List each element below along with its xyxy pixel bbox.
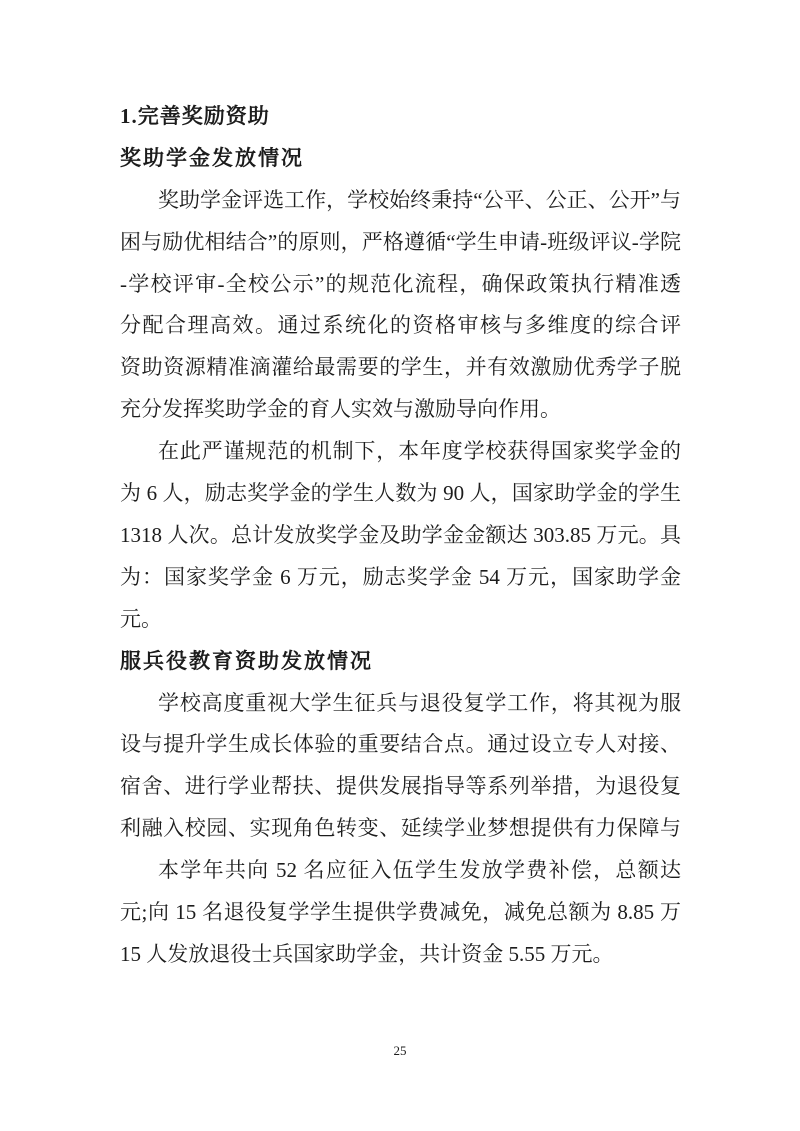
text-line: 15 人发放退役士兵国家助学金，共计资金 5.55 万元。 [120,934,681,976]
text-line: 1318 人次。总计发放奖学金及助学金金额达 303.85 万元。具体分配 [120,515,681,557]
text-line: -学校评审-全校公示”的规范化流程，确保政策执行精准透明，资源 [120,264,681,306]
text-line: 学校高度重视大学生征兵与退役复学工作，将其视为服务国防建 [120,683,681,725]
subsection-heading: 奖助学金发放情况 [120,138,681,180]
text-line: 在此严谨规范的机制下，本年度学校获得国家奖学金的学生人数 [120,431,681,473]
section-heading: 1.完善奖励资助 [120,96,681,138]
text-line: 元。 [120,599,681,641]
subsection-heading: 服兵役教育资助发放情况 [120,641,681,683]
text-line: 利融入校园、实现角色转变、延续学业梦想提供有力保障与温暖关怀。 [120,808,681,850]
paragraph: 在此严谨规范的机制下，本年度学校获得国家奖学金的学生人数为 6 人，励志奖学金的… [120,431,681,640]
page-number: 25 [0,1043,800,1059]
text-line: 分配合理高效。通过系统化的资格审核与多维度的综合评议，切实将 [120,305,681,347]
text-line: 宿舍、进行学业帮扶、提供发展指导等系列举措，为退役复学学生顺 [120,766,681,808]
text-line: 为 6 人，励志奖学金的学生人数为 90 人，国家助学金的学生人数为 [120,473,681,515]
text-line: 资助资源精准滴灌给最需要的学生，并有效激励优秀学子脱颖而出， [120,347,681,389]
document-page: 1.完善奖励资助奖助学金发放情况奖助学金评选工作，学校始终秉持“公平、公正、公开… [0,0,800,1131]
text-line: 本学年共向 52 名应征入伍学生发放学费补偿，总额达 91.15 万 [120,850,681,892]
paragraph: 本学年共向 52 名应征入伍学生发放学费补偿，总额达 91.15 万元;向 15… [120,850,681,976]
text-line: 充分发挥奖助学金的育人实效与激励导向作用。 [120,389,681,431]
text-line: 元;向 15 名退役复学学生提供学费减免，减免总额为 8.85 万元；向 [120,892,681,934]
document-body: 1.完善奖励资助奖助学金发放情况奖助学金评选工作，学校始终秉持“公平、公正、公开… [120,96,681,976]
text-line: 困与励优相结合”的原则，严格遵循“学生申请-班级评议-学院初审 [120,222,681,264]
text-line: 为：国家奖学金 6 万元，励志奖学金 54 万元，国家助学金 243.83 万 [120,557,681,599]
paragraph: 奖助学金评选工作，学校始终秉持“公平、公正、公开”与“扶困与励优相结合”的原则，… [120,180,681,431]
text-line: 设与提升学生成长体验的重要结合点。通过设立专人对接、优先安排 [120,724,681,766]
paragraph: 学校高度重视大学生征兵与退役复学工作，将其视为服务国防建设与提升学生成长体验的重… [120,683,681,851]
text-line: 奖助学金评选工作，学校始终秉持“公平、公正、公开”与“扶 [120,180,681,222]
